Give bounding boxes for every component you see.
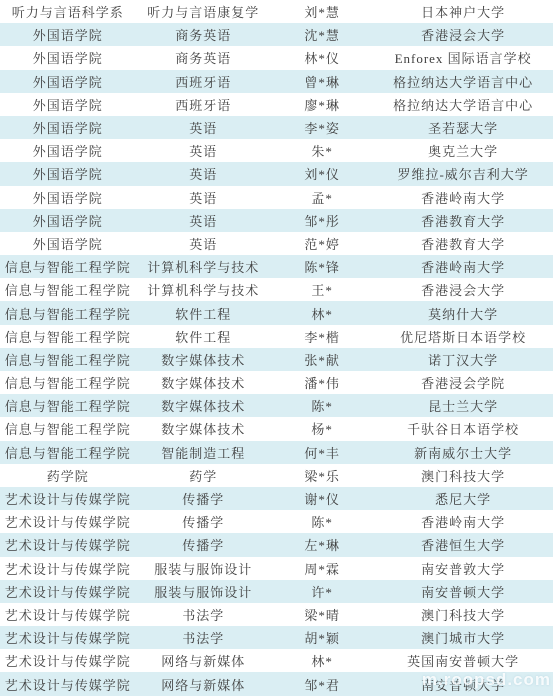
cell-university: 南安普敦大学: [373, 557, 553, 580]
table-row: 外国语学院英语范*婷香港教育大学: [0, 232, 553, 255]
cell-major: 书法学: [135, 626, 270, 649]
cell-major: 传播学: [135, 533, 270, 556]
cell-name: 李*楷: [271, 325, 373, 348]
cell-college: 艺术设计与传媒学院: [0, 487, 135, 510]
cell-university: Enforex 国际语言学校: [373, 46, 553, 69]
cell-college: 外国语学院: [0, 162, 135, 185]
cell-major: 西班牙语: [135, 93, 270, 116]
table-row: 药学院药学梁*乐澳门科技大学: [0, 464, 553, 487]
cell-major: 网络与新媒体: [135, 649, 270, 672]
cell-major: 传播学: [135, 487, 270, 510]
cell-university: 南安普顿大学: [373, 580, 553, 603]
cell-major: 英语: [135, 209, 270, 232]
cell-college: 外国语学院: [0, 70, 135, 93]
cell-major: 书法学: [135, 603, 270, 626]
cell-college: 外国语学院: [0, 139, 135, 162]
cell-name: 左*琳: [271, 533, 373, 556]
table-row: 信息与智能工程学院计算机科学与技术陈*锋香港岭南大学: [0, 255, 553, 278]
cell-major: 西班牙语: [135, 70, 270, 93]
cell-college: 艺术设计与传媒学院: [0, 510, 135, 533]
cell-name: 范*婷: [271, 232, 373, 255]
table-row: 信息与智能工程学院数字媒体技术张*献诺丁汉大学: [0, 348, 553, 371]
cell-university: 澳门城市大学: [373, 626, 553, 649]
cell-college: 信息与智能工程学院: [0, 394, 135, 417]
table-row: 外国语学院英语刘*仪罗维拉-威尔吉利大学: [0, 162, 553, 185]
cell-university: 悉尼大学: [373, 487, 553, 510]
table-row: 艺术设计与传媒学院传播学谢*仪悉尼大学: [0, 487, 553, 510]
cell-major: 数字媒体技术: [135, 417, 270, 440]
admissions-table: 听力与言语科学系听力与言语康复学刘*慧日本神户大学外国语学院商务英语沈*慧香港浸…: [0, 0, 553, 696]
cell-university: 香港教育大学: [373, 232, 553, 255]
table-row: 艺术设计与传媒学院传播学左*琳香港恒生大学: [0, 533, 553, 556]
cell-name: 沈*慧: [271, 23, 373, 46]
cell-major: 数字媒体技术: [135, 394, 270, 417]
cell-major: 数字媒体技术: [135, 371, 270, 394]
cell-college: 艺术设计与传媒学院: [0, 626, 135, 649]
table-row: 外国语学院西班牙语廖*琳格拉纳达大学语言中心: [0, 93, 553, 116]
cell-major: 计算机科学与技术: [135, 278, 270, 301]
table-row: 信息与智能工程学院数字媒体技术陈*昆士兰大学: [0, 394, 553, 417]
cell-name: 李*姿: [271, 116, 373, 139]
cell-major: 商务英语: [135, 46, 270, 69]
cell-name: 谢*仪: [271, 487, 373, 510]
table-row: 外国语学院商务英语沈*慧香港浸会大学: [0, 23, 553, 46]
cell-college: 信息与智能工程学院: [0, 417, 135, 440]
cell-college: 艺术设计与传媒学院: [0, 557, 135, 580]
cell-major: 网络与新媒体: [135, 672, 270, 696]
cell-name: 陈*: [271, 510, 373, 533]
cell-college: 艺术设计与传媒学院: [0, 603, 135, 626]
cell-university: 南安普顿大学: [373, 672, 553, 696]
cell-university: 香港教育大学: [373, 209, 553, 232]
cell-major: 英语: [135, 186, 270, 209]
cell-college: 外国语学院: [0, 186, 135, 209]
cell-college: 外国语学院: [0, 23, 135, 46]
table-row: 外国语学院商务英语林*仪Enforex 国际语言学校: [0, 46, 553, 69]
cell-major: 商务英语: [135, 23, 270, 46]
cell-college: 信息与智能工程学院: [0, 371, 135, 394]
cell-name: 何*丰: [271, 441, 373, 464]
cell-college: 信息与智能工程学院: [0, 325, 135, 348]
cell-major: 听力与言语康复学: [135, 0, 270, 23]
cell-name: 王*: [271, 278, 373, 301]
cell-university: 香港浸会大学: [373, 23, 553, 46]
cell-college: 信息与智能工程学院: [0, 255, 135, 278]
table-row: 艺术设计与传媒学院书法学梁*晴澳门科技大学: [0, 603, 553, 626]
cell-university: 圣若瑟大学: [373, 116, 553, 139]
cell-university: 香港恒生大学: [373, 533, 553, 556]
table-row: 信息与智能工程学院数字媒体技术潘*伟香港浸会学院: [0, 371, 553, 394]
cell-university: 澳门科技大学: [373, 464, 553, 487]
cell-college: 艺术设计与传媒学院: [0, 580, 135, 603]
cell-major: 英语: [135, 139, 270, 162]
table-row: 外国语学院英语孟*香港岭南大学: [0, 186, 553, 209]
cell-name: 刘*仪: [271, 162, 373, 185]
cell-name: 杨*: [271, 417, 373, 440]
cell-college: 外国语学院: [0, 116, 135, 139]
cell-college: 信息与智能工程学院: [0, 441, 135, 464]
cell-name: 张*献: [271, 348, 373, 371]
cell-name: 梁*晴: [271, 603, 373, 626]
cell-name: 邹*君: [271, 672, 373, 696]
cell-name: 许*: [271, 580, 373, 603]
cell-name: 林*仪: [271, 46, 373, 69]
cell-major: 数字媒体技术: [135, 348, 270, 371]
table-row: 信息与智能工程学院计算机科学与技术王*香港浸会大学: [0, 278, 553, 301]
cell-university: 诺丁汉大学: [373, 348, 553, 371]
cell-name: 刘*慧: [271, 0, 373, 23]
cell-name: 林*: [271, 301, 373, 324]
cell-college: 外国语学院: [0, 93, 135, 116]
table-row: 艺术设计与传媒学院服装与服饰设计许*南安普顿大学: [0, 580, 553, 603]
cell-name: 周*霖: [271, 557, 373, 580]
cell-major: 英语: [135, 232, 270, 255]
cell-university: 格拉纳达大学语言中心: [373, 93, 553, 116]
table-row: 信息与智能工程学院数字媒体技术杨*千驮谷日本语学校: [0, 417, 553, 440]
cell-university: 香港岭南大学: [373, 255, 553, 278]
cell-university: 罗维拉-威尔吉利大学: [373, 162, 553, 185]
cell-college: 艺术设计与传媒学院: [0, 649, 135, 672]
cell-name: 陈*锋: [271, 255, 373, 278]
cell-college: 信息与智能工程学院: [0, 301, 135, 324]
cell-university: 优尼塔斯日本语学校: [373, 325, 553, 348]
cell-university: 英国南安普顿大学: [373, 649, 553, 672]
cell-college: 外国语学院: [0, 46, 135, 69]
cell-name: 孟*: [271, 186, 373, 209]
table-row: 听力与言语科学系听力与言语康复学刘*慧日本神户大学: [0, 0, 553, 23]
cell-college: 信息与智能工程学院: [0, 278, 135, 301]
cell-university: 千驮谷日本语学校: [373, 417, 553, 440]
table-row: 外国语学院英语邹*彤香港教育大学: [0, 209, 553, 232]
cell-major: 英语: [135, 116, 270, 139]
cell-name: 曾*琳: [271, 70, 373, 93]
table-row: 艺术设计与传媒学院网络与新媒体林*英国南安普顿大学: [0, 649, 553, 672]
cell-major: 药学: [135, 464, 270, 487]
cell-major: 传播学: [135, 510, 270, 533]
cell-university: 新南威尔士大学: [373, 441, 553, 464]
cell-name: 朱*: [271, 139, 373, 162]
cell-name: 胡*颖: [271, 626, 373, 649]
cell-university: 澳门科技大学: [373, 603, 553, 626]
cell-name: 陈*: [271, 394, 373, 417]
cell-major: 软件工程: [135, 301, 270, 324]
cell-name: 潘*伟: [271, 371, 373, 394]
cell-university: 莫纳什大学: [373, 301, 553, 324]
cell-university: 香港岭南大学: [373, 186, 553, 209]
cell-university: 香港浸会大学: [373, 278, 553, 301]
cell-college: 信息与智能工程学院: [0, 348, 135, 371]
table-row: 艺术设计与传媒学院书法学胡*颖澳门城市大学: [0, 626, 553, 649]
cell-college: 外国语学院: [0, 232, 135, 255]
cell-university: 昆士兰大学: [373, 394, 553, 417]
table-row: 信息与智能工程学院智能制造工程何*丰新南威尔士大学: [0, 441, 553, 464]
table-row: 外国语学院西班牙语曾*琳格拉纳达大学语言中心: [0, 70, 553, 93]
cell-major: 服装与服饰设计: [135, 580, 270, 603]
cell-college: 外国语学院: [0, 209, 135, 232]
cell-college: 听力与言语科学系: [0, 0, 135, 23]
table-row: 信息与智能工程学院软件工程林*莫纳什大学: [0, 301, 553, 324]
cell-university: 奥克兰大学: [373, 139, 553, 162]
cell-major: 软件工程: [135, 325, 270, 348]
cell-university: 日本神户大学: [373, 0, 553, 23]
cell-university: 香港浸会学院: [373, 371, 553, 394]
cell-major: 计算机科学与技术: [135, 255, 270, 278]
cell-college: 艺术设计与传媒学院: [0, 672, 135, 696]
table-row: 艺术设计与传媒学院服装与服饰设计周*霖南安普敦大学: [0, 557, 553, 580]
cell-name: 林*: [271, 649, 373, 672]
table-row: 艺术设计与传媒学院网络与新媒体邹*君南安普顿大学: [0, 672, 553, 696]
cell-major: 智能制造工程: [135, 441, 270, 464]
cell-name: 梁*乐: [271, 464, 373, 487]
cell-major: 英语: [135, 162, 270, 185]
cell-major: 服装与服饰设计: [135, 557, 270, 580]
cell-university: 格拉纳达大学语言中心: [373, 70, 553, 93]
table-row: 艺术设计与传媒学院传播学陈*香港岭南大学: [0, 510, 553, 533]
table-row: 信息与智能工程学院软件工程李*楷优尼塔斯日本语学校: [0, 325, 553, 348]
cell-name: 廖*琳: [271, 93, 373, 116]
table-row: 外国语学院英语朱*奥克兰大学: [0, 139, 553, 162]
cell-name: 邹*彤: [271, 209, 373, 232]
table-row: 外国语学院英语李*姿圣若瑟大学: [0, 116, 553, 139]
cell-university: 香港岭南大学: [373, 510, 553, 533]
cell-college: 艺术设计与传媒学院: [0, 533, 135, 556]
admissions-table-body: 听力与言语科学系听力与言语康复学刘*慧日本神户大学外国语学院商务英语沈*慧香港浸…: [0, 0, 553, 696]
cell-college: 药学院: [0, 464, 135, 487]
